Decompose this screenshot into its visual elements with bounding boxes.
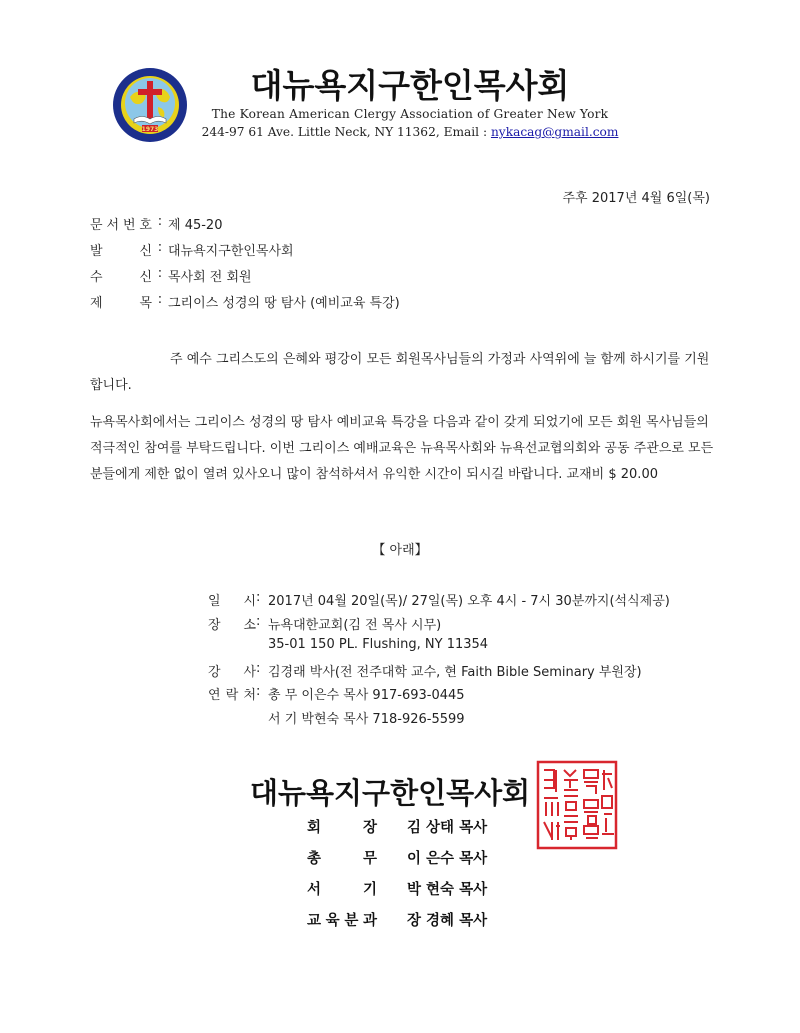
meta-label-char: 서 xyxy=(106,214,119,240)
greeting-text: 주 예수 그리스도의 은혜와 평강이 모든 회원목사님들의 가정과 사역위에 늘… xyxy=(90,352,709,393)
meta-colon: : xyxy=(152,240,168,266)
officer-role: 교육분과 xyxy=(307,909,377,940)
officer-role-char: 육 xyxy=(326,909,340,940)
meta-label: 문서번호 xyxy=(90,214,152,240)
officer-role-char: 총 xyxy=(307,847,321,878)
officer-role: 서기 xyxy=(307,878,377,909)
meta-label-char: 제 xyxy=(90,292,103,318)
greeting-paragraph: 주 예수 그리스도의 은혜와 평강이 모든 회원목사님들의 가정과 사역위에 늘… xyxy=(90,347,720,399)
detail-label-char: 시 xyxy=(243,590,256,614)
detail-label-char: 처 xyxy=(243,684,256,708)
officer-list: 회장김 상태 목사총무이 은수 목사서기박 현숙 목사교육분과장 경혜 목사 xyxy=(307,816,487,940)
officer-role-char: 서 xyxy=(307,878,321,909)
meta-row: 제목:그리이스 성경의 땅 탐사 (예비교육 특강) xyxy=(90,292,400,318)
detail-row: 연락처:총 무 이은수 목사 917-693-0445 xyxy=(208,684,670,708)
detail-colon: : xyxy=(256,684,268,708)
meta-row: 수신:목사회 전 회원 xyxy=(90,266,400,292)
meta-value: 대뉴욕지구한인목사회 xyxy=(168,240,294,266)
meta-label-char: 수 xyxy=(90,266,103,292)
detail-value: 서 기 박현숙 목사 718-926-5599 xyxy=(268,708,465,732)
meta-row: 발신:대뉴욕지구한인목사회 xyxy=(90,240,400,266)
detail-colon: : xyxy=(256,614,268,638)
meta-colon: : xyxy=(152,292,168,318)
meta-value: 그리이스 성경의 땅 탐사 (예비교육 특강) xyxy=(168,292,400,318)
officer-role-char: 무 xyxy=(363,847,377,878)
detail-label-char: 사 xyxy=(243,661,256,685)
detail-label: 일시 xyxy=(208,590,256,614)
detail-row: 강사:김경래 박사(전 전주대학 교수, 현 Faith Bible Semin… xyxy=(208,661,670,685)
officer-name: 김 상태 목사 xyxy=(407,816,487,847)
detail-value: 뉴욕대한교회(김 전 목사 시무) xyxy=(268,614,441,638)
officer-name: 장 경혜 목사 xyxy=(407,909,487,940)
officer-row: 총무이 은수 목사 xyxy=(307,847,487,878)
meta-colon: : xyxy=(152,266,168,292)
detail-label-char: 강 xyxy=(208,661,221,685)
officer-role-char: 과 xyxy=(363,909,377,940)
detail-row: 서 기 박현숙 목사 718-926-5599 xyxy=(208,708,670,732)
spacer xyxy=(377,847,407,878)
detail-value: 총 무 이은수 목사 917-693-0445 xyxy=(268,684,465,708)
meta-label-char: 발 xyxy=(90,240,103,266)
officer-role-char: 분 xyxy=(344,909,358,940)
spacer xyxy=(377,909,407,940)
meta-row: 문서번호:제 45-20 xyxy=(90,214,400,240)
org-name-english: The Korean American Clergy Association o… xyxy=(200,107,620,121)
official-seal-icon xyxy=(536,760,618,850)
officer-row: 교육분과장 경혜 목사 xyxy=(307,909,487,940)
officer-role: 총무 xyxy=(307,847,377,878)
detail-label-char: 락 xyxy=(226,684,239,708)
officer-role-char: 회 xyxy=(307,816,321,847)
org-address: 244-97 61 Ave. Little Neck, NY 11362, Em… xyxy=(196,125,624,139)
meta-label: 발신 xyxy=(90,240,152,266)
meta-value: 목사회 전 회원 xyxy=(168,266,252,292)
detail-value: 김경래 박사(전 전주대학 교수, 현 Faith Bible Seminary… xyxy=(268,661,642,685)
officer-role: 회장 xyxy=(307,816,377,847)
meta-label-char: 신 xyxy=(139,240,152,266)
main-paragraph: 뉴욕목사회에서는 그리이스 성경의 땅 탐사 예비교육 특강을 다음과 같이 갖… xyxy=(90,410,720,488)
detail-row: 일시:2017년 04월 20일(목)/ 27일(목) 오후 4시 - 7시 3… xyxy=(208,590,670,614)
meta-label: 수신 xyxy=(90,266,152,292)
svg-text:1973: 1973 xyxy=(142,126,159,133)
notice-heading: 【 아래】 xyxy=(0,539,800,558)
officer-name: 이 은수 목사 xyxy=(407,847,487,878)
detail-value: 2017년 04월 20일(목)/ 27일(목) 오후 4시 - 7시 30분까… xyxy=(268,590,670,614)
signature-org-name: 대뉴욕지구한인목사회 xyxy=(250,771,530,812)
officer-role-char: 교 xyxy=(307,909,321,940)
detail-label-char: 장 xyxy=(208,614,221,638)
officer-role-char: 기 xyxy=(363,878,377,909)
detail-label-char: 일 xyxy=(208,590,221,614)
officer-name: 박 현숙 목사 xyxy=(407,878,487,909)
officer-row: 회장김 상태 목사 xyxy=(307,816,487,847)
meta-label-char: 번 xyxy=(123,214,136,240)
detail-label: 강사 xyxy=(208,661,256,685)
org-name-korean: 대뉴욕지구한인목사회 xyxy=(200,60,620,107)
meta-value: 제 45-20 xyxy=(168,214,222,240)
meta-label-char: 문 xyxy=(90,214,103,240)
detail-row: 장소:뉴욕대한교회(김 전 목사 시무) xyxy=(208,614,670,638)
email-link[interactable]: nykacag@gmail.com xyxy=(491,125,618,139)
document-date: 주후 2017년 4월 6일(목) xyxy=(562,187,710,206)
detail-label: 장소 xyxy=(208,614,256,638)
detail-label: 연락처 xyxy=(208,684,256,708)
detail-colon: : xyxy=(256,661,268,685)
association-logo-icon: 1973 xyxy=(112,67,188,143)
detail-colon: : xyxy=(256,590,268,614)
event-details: 일시:2017년 04월 20일(목)/ 27일(목) 오후 4시 - 7시 3… xyxy=(208,590,670,731)
meta-colon: : xyxy=(152,214,168,240)
officer-row: 서기박 현숙 목사 xyxy=(307,878,487,909)
meta-label: 제목 xyxy=(90,292,152,318)
spacer xyxy=(377,816,407,847)
spacer xyxy=(377,878,407,909)
meta-label-char: 목 xyxy=(139,292,152,318)
detail-label-char: 소 xyxy=(243,614,256,638)
officer-role-char: 장 xyxy=(363,816,377,847)
meta-label-char: 호 xyxy=(139,214,152,240)
meta-label-char: 신 xyxy=(139,266,152,292)
detail-row: 35-01 150 PL. Flushing, NY 11354 xyxy=(208,637,670,661)
detail-label-char: 연 xyxy=(208,684,221,708)
detail-value: 35-01 150 PL. Flushing, NY 11354 xyxy=(268,637,488,661)
address-text: 244-97 61 Ave. Little Neck, NY 11362, Em… xyxy=(202,125,491,139)
document-meta: 문서번호:제 45-20발신:대뉴욕지구한인목사회수신:목사회 전 회원제목:그… xyxy=(90,214,400,318)
